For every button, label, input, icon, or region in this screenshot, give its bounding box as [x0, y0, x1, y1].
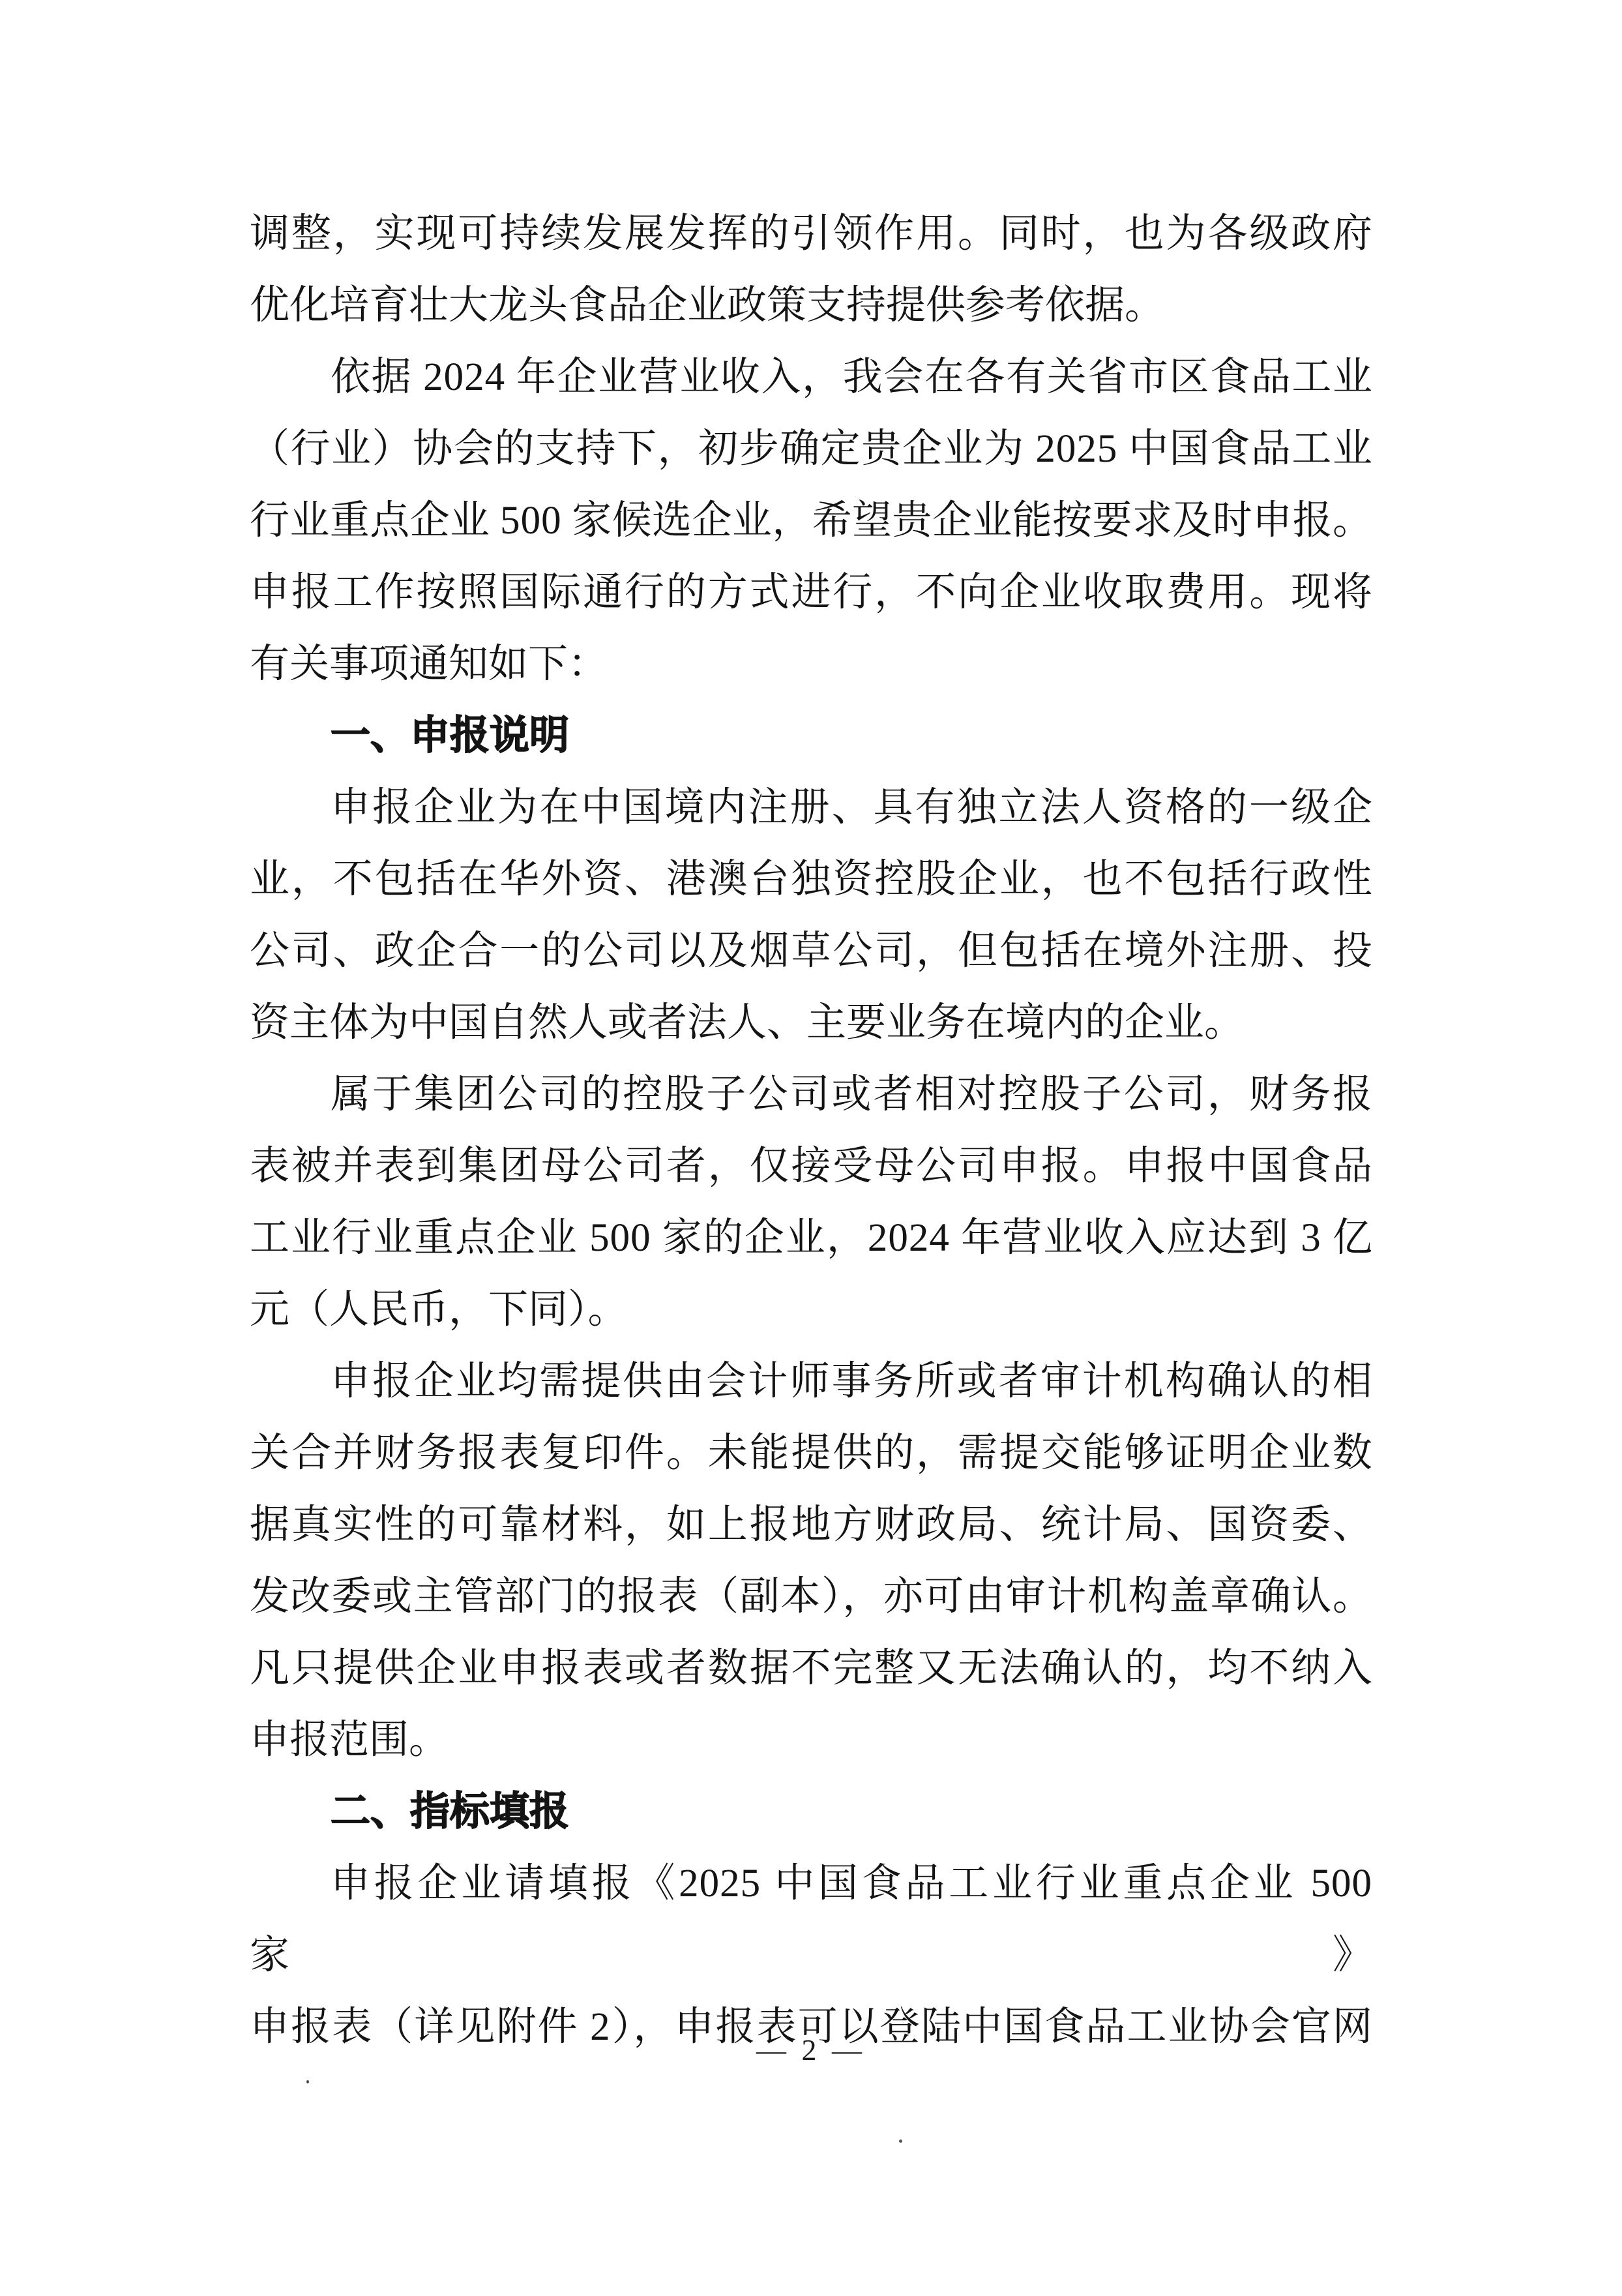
text-line: 申报企业均需提供由会计师事务所或者审计机构确认的相 — [250, 1346, 1372, 1418]
text-line: 关合并财务报表复印件。未能提供的，需提交能够证明企业数 — [250, 1418, 1372, 1489]
text-line: 申报企业请填报《2025 中国食品工业行业重点企业 500 家》 — [250, 1848, 1372, 1991]
numeral: 2025 — [679, 1862, 761, 1905]
text-line: 元（人民币，下同）。 — [250, 1274, 1372, 1346]
text-line: 依据 2024 年企业营业收入，我会在各有关省市区食品工业 — [250, 342, 1372, 413]
text-line: 属于集团公司的控股子公司或者相对控股子公司，财务报 — [250, 1059, 1372, 1131]
text-line: 凡只提供企业申报表或者数据不完整又无法确认的，均不纳入 — [250, 1633, 1372, 1705]
numeral: 3 — [1301, 1216, 1321, 1260]
text-line: 业，不包括在华外资、港澳台独资控股企业，也不包括行政性 — [250, 844, 1372, 916]
text-line: 申报工作按照国际通行的方式进行，不向企业收取费用。现将 — [250, 557, 1372, 629]
text-line: 调整，实现可持续发展发挥的引领作用。同时，也为各级政府 — [250, 198, 1372, 270]
text-line: 行业重点企业 500 家候选企业，希望贵企业能按要求及时申报。 — [250, 485, 1372, 557]
section-heading: 二、指标填报 — [250, 1776, 1372, 1848]
text-line: 有关事项通知如下： — [250, 629, 1372, 700]
document-body: 调整，实现可持续发展发挥的引领作用。同时，也为各级政府优化培育壮大龙头食品企业政… — [250, 198, 1372, 2063]
text-line: 申报范围。 — [250, 1705, 1372, 1776]
numeral: 2024 — [868, 1216, 950, 1260]
numeral: 500 — [500, 499, 562, 543]
ink-speck — [899, 2139, 902, 2143]
numeral: 500 — [1310, 1862, 1372, 1905]
text-line: 据真实性的可靠材料，如上报地方财政局、统计局、国资委、 — [250, 1489, 1372, 1561]
numeral: 2025 — [1035, 427, 1117, 471]
text-line: 工业行业重点企业 500 家的企业，2024 年营业收入应达到 3 亿 — [250, 1202, 1372, 1274]
text-line: 表被并表到集团母公司者，仅接受母公司申报。申报中国食品 — [250, 1131, 1372, 1202]
page-number: — 2 — — [0, 2033, 1622, 2067]
numeral: 500 — [589, 1216, 651, 1260]
text-line: 申报企业为在中国境内注册、具有独立法人资格的一级企 — [250, 772, 1372, 844]
text-line: 优化培育壮大龙头食品企业政策支持提供参考依据。 — [250, 270, 1372, 342]
numeral: 2024 — [423, 355, 505, 399]
text-line: 公司、政企合一的公司以及烟草公司，但包括在境外注册、投 — [250, 916, 1372, 987]
text-line: 资主体为中国自然人或者法人、主要业务在境内的企业。 — [250, 987, 1372, 1059]
ink-speck — [306, 2080, 309, 2083]
document-page: 调整，实现可持续发展发挥的引领作用。同时，也为各级政府优化培育壮大龙头食品企业政… — [0, 0, 1622, 2296]
text-line: （行业）协会的支持下，初步确定贵企业为 2025 中国食品工业 — [250, 413, 1372, 485]
text-line: 发改委或主管部门的报表（副本），亦可由审计机构盖章确认。 — [250, 1561, 1372, 1633]
section-heading: 一、申报说明 — [250, 700, 1372, 772]
